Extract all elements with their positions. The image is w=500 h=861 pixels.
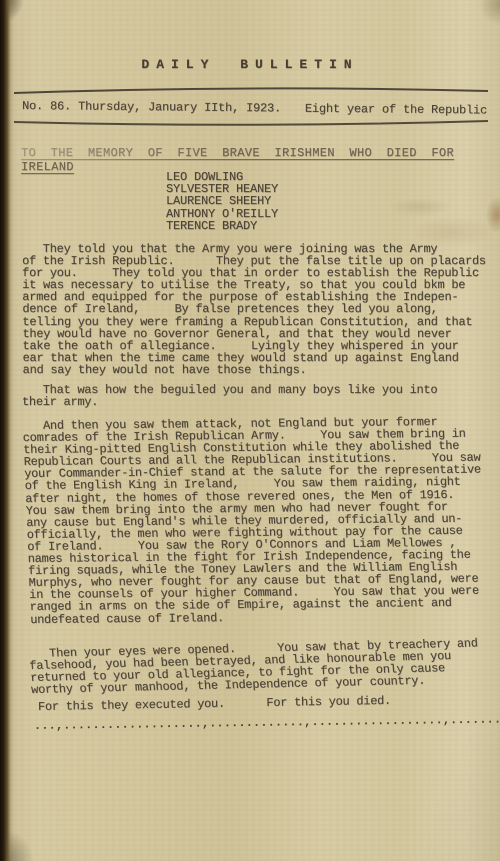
- rule-top: [12, 84, 490, 96]
- page-left-edge: [0, 0, 14, 861]
- issue-line: No. 86. Thursday, January IIth, I923. Ei…: [22, 99, 487, 117]
- honoree-name: LAURENCE SHEEHY: [166, 195, 278, 207]
- closing-line: For this they executed you. For this you…: [38, 694, 391, 714]
- paragraph-attack: And then you saw them attack, not Englan…: [22, 416, 487, 626]
- bulletin-page: DAILY BULLETIN No. 86. Thursday, January…: [0, 0, 500, 861]
- honoree-name: TERENCE BRADY: [166, 220, 278, 232]
- honoree-name: ANTHONY O'REILLY: [166, 208, 278, 220]
- masthead-title: DAILY BULLETIN: [0, 57, 500, 72]
- rule-bottom: [12, 118, 490, 130]
- issue-number-date: No. 86. Thursday, January IIth, I923.: [22, 99, 281, 115]
- paragraph-eyes-opened: Then your eyes were opened. You saw that…: [28, 637, 481, 696]
- dotted-rule: ...,...................,.............,..…: [34, 712, 500, 733]
- honoree-names-list: LEO DOWLINGSYLVESTER HEANEYLAURENCE SHEE…: [166, 171, 278, 232]
- paragraph-deception: They told you that the Army you were joi…: [22, 243, 486, 376]
- memorial-headline: TO THE MEMORY OF FIVE BRAVE IRISHMEN WHO…: [21, 146, 500, 174]
- paragraph-beguiled: That was how the beguiled you and many b…: [22, 384, 437, 408]
- republic-year-label: Eight year of the Republic: [305, 102, 487, 118]
